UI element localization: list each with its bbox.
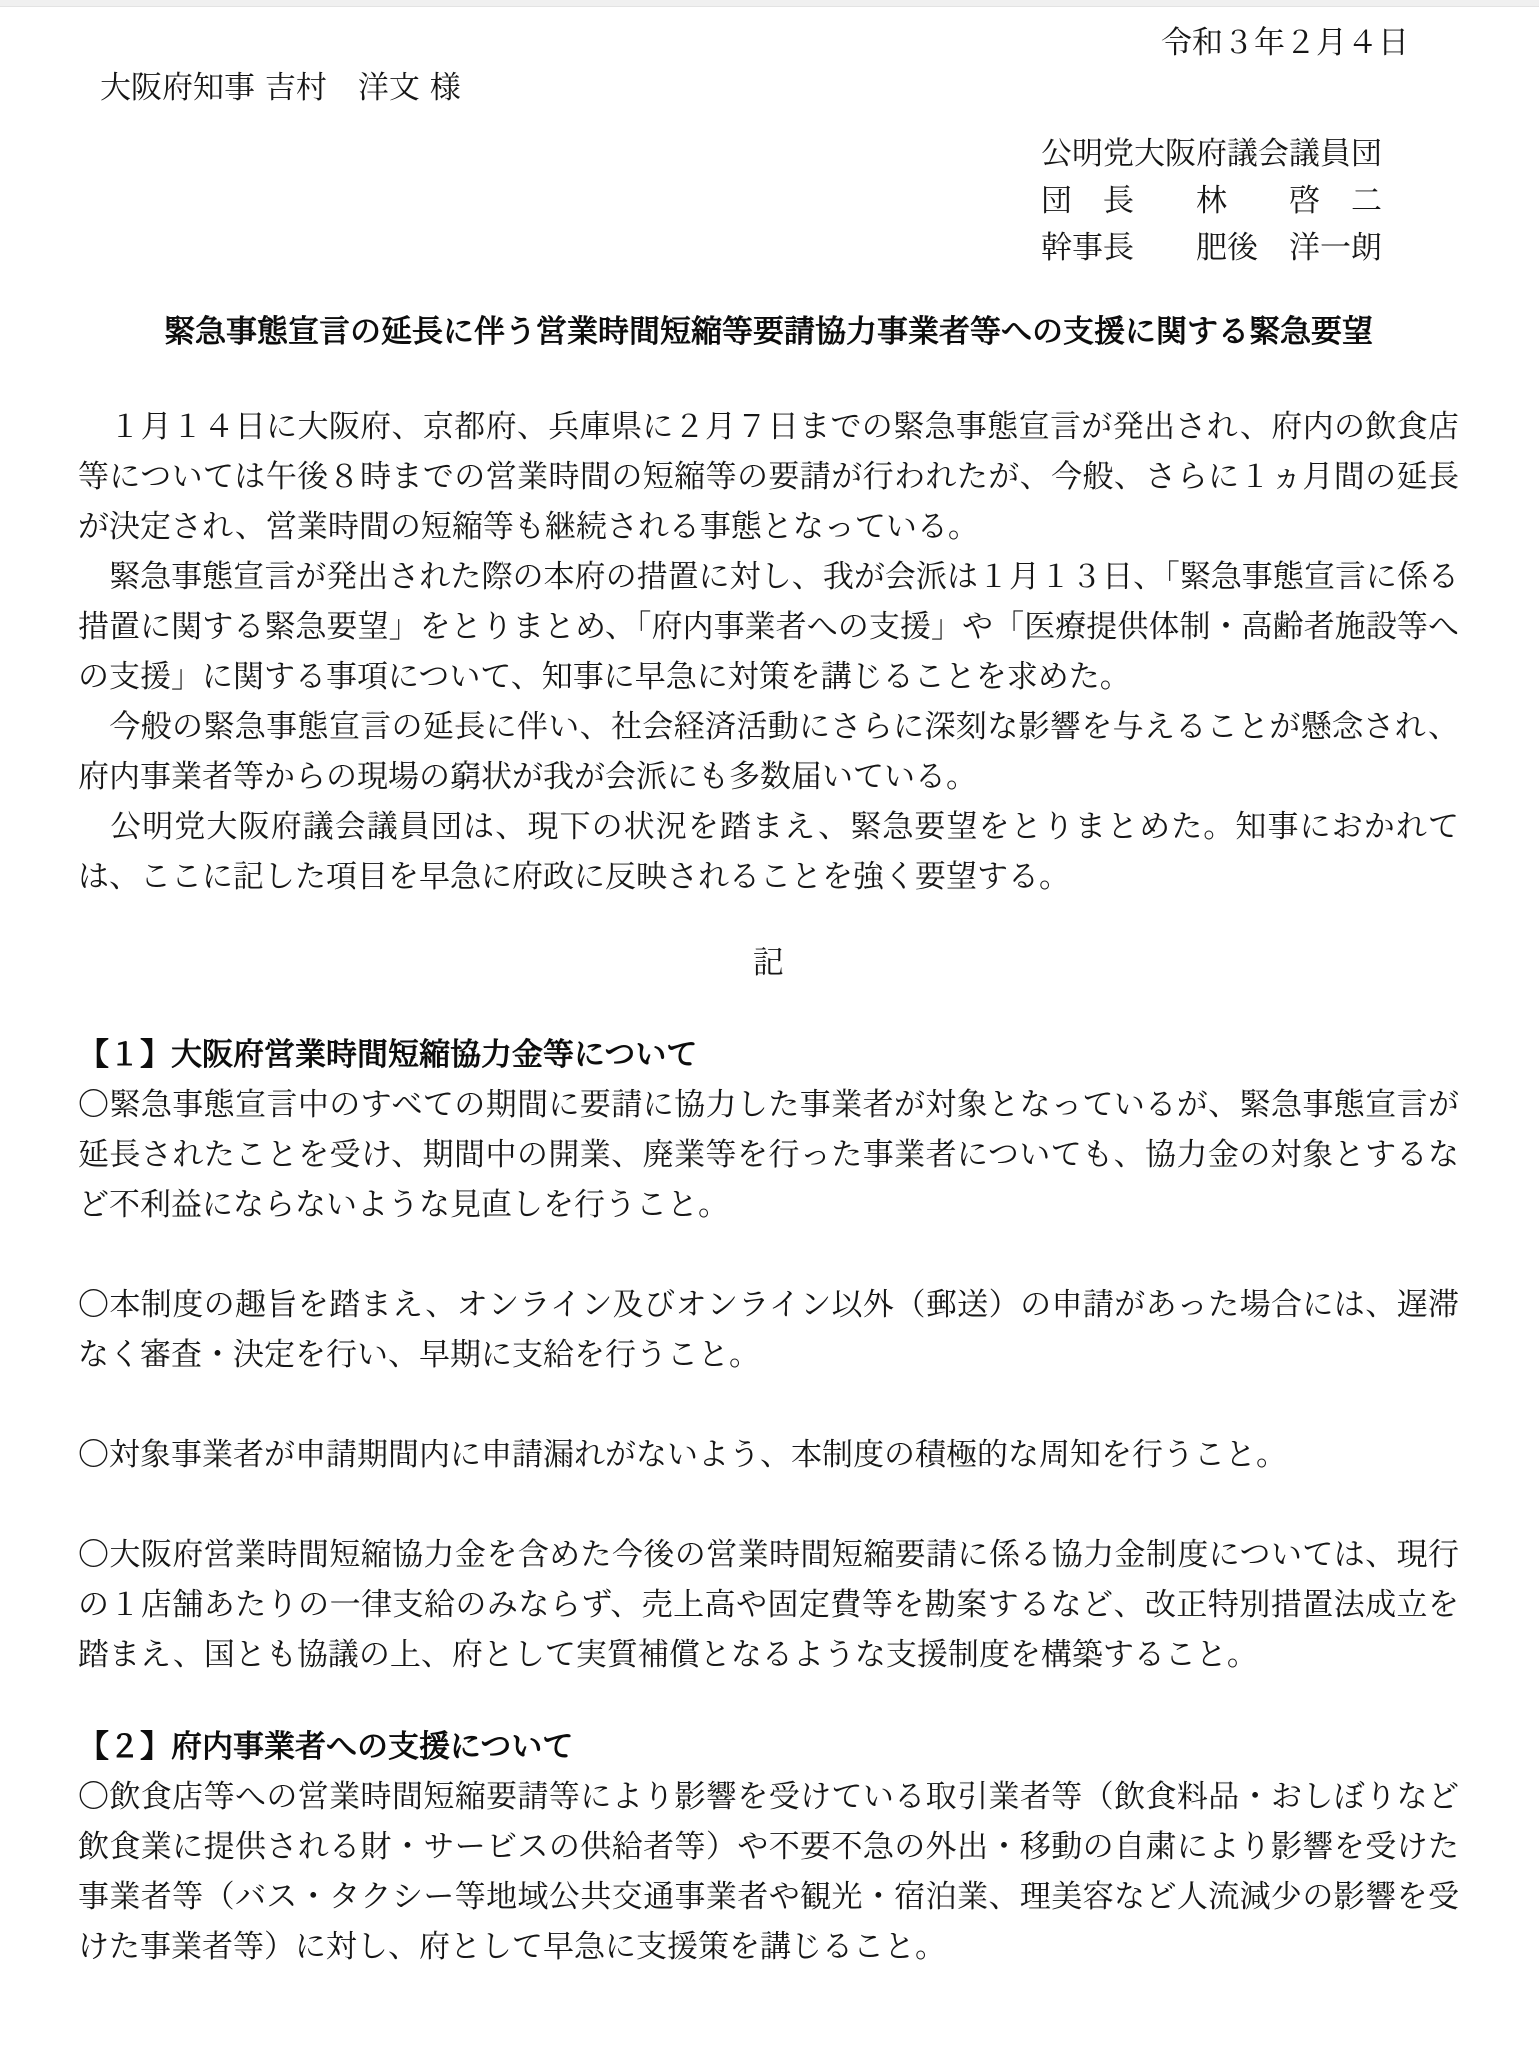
intro-paragraph-3: 今般の緊急事態宣言の延長に伴い、社会経済活動にさらに深刻な影響を与えることが懸念…	[78, 702, 1459, 802]
record-marker: 記	[78, 938, 1459, 988]
section-1-request-item-3: 〇対象事業者が申請期間内に申請漏れがないよう、本制度の積極的な周知を行うこと。	[78, 1430, 1459, 1480]
intro-paragraph-1: １月１４日に大阪府、京都府、兵庫県に２月７日までの緊急事態宣言が発出され、府内の…	[78, 402, 1459, 552]
introduction: １月１４日に大阪府、京都府、兵庫県に２月７日までの緊急事態宣言が発出され、府内の…	[78, 402, 1459, 902]
document-title: 緊急事態宣言の延長に伴う営業時間短縮等要請協力事業者等への支援に関する緊急要望	[78, 310, 1459, 354]
section-2: 【２】府内事業者への支援について 〇飲食店等への営業時間短縮要請等により影響を受…	[78, 1722, 1459, 1972]
sender-organization: 公明党大阪府議会議員団	[1041, 131, 1382, 178]
section-2-request-item-1: 〇飲食店等への営業時間短縮要請等により影響を受けている取引業者等（飲食料品・おし…	[78, 1772, 1459, 1972]
document-page: 令和３年２月４日 大阪府知事 吉村 洋文 様 公明党大阪府議会議員団 団 長 林…	[0, 23, 1539, 1972]
section-2-heading: 【２】府内事業者への支援について	[78, 1722, 1459, 1772]
sender-secretary-general-line: 幹事長 肥後 洋一朗	[1041, 225, 1382, 272]
sender-leader-line: 団 長 林 啓 二	[1041, 178, 1382, 225]
section-1-heading: 【１】大阪府営業時間短縮協力金等について	[78, 1030, 1459, 1080]
sender-block: 公明党大阪府議会議員団 団 長 林 啓 二 幹事長 肥後 洋一朗	[78, 131, 1459, 272]
intro-paragraph-4: 公明党大阪府議会議員団は、現下の状況を踏まえ、緊急要望をとりまとめた。知事におか…	[78, 802, 1459, 902]
intro-paragraph-2: 緊急事態宣言が発出された際の本府の措置に対し、我が会派は１月１３日、「緊急事態宣…	[78, 552, 1459, 702]
section-1-request-item-1: 〇緊急事態宣言中のすべての期間に要請に協力した事業者が対象となっているが、緊急事…	[78, 1080, 1459, 1230]
addressee-line: 大阪府知事 吉村 洋文 様	[78, 67, 1459, 109]
section-1-request-item-2: 〇本制度の趣旨を踏まえ、オンライン及びオンライン以外（郵送）の申請があった場合に…	[78, 1280, 1459, 1380]
section-1-request-item-4: 〇大阪府営業時間短縮協力金を含めた今後の営業時間短縮要請に係る協力金制度について…	[78, 1530, 1459, 1680]
document-date: 令和３年２月４日	[78, 23, 1459, 63]
section-1: 【１】大阪府営業時間短縮協力金等について 〇緊急事態宣言中のすべての期間に要請に…	[78, 1030, 1459, 1680]
page-top-edge	[0, 0, 1539, 7]
